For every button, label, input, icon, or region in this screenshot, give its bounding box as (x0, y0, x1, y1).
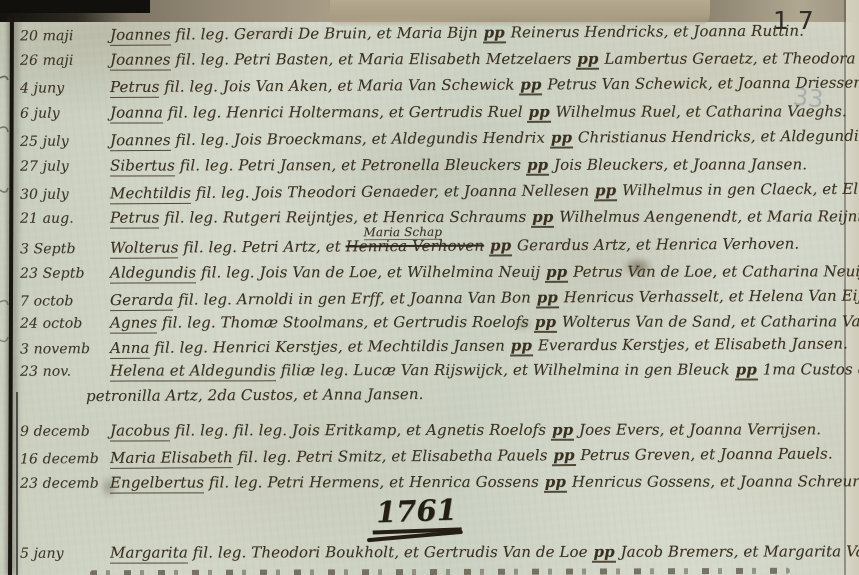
register-entry-row: 7 octobGerarda fil. leg. Arnoldi in gen … (12, 286, 859, 309)
entry-date: 5 jany (12, 546, 110, 562)
register-entry-row: 24 octobAgnes fil. leg. Thomæ Stoolmans,… (12, 312, 859, 332)
entry-sponsors: Jois Bleuckers, et Joanna Jansen. (554, 155, 807, 173)
pp-abbreviation: pp (594, 181, 617, 201)
entry-date: 23 nov. (12, 364, 110, 380)
entry-sponsors: Henricus Gossens, et Joanna Schreurs (572, 472, 859, 491)
child-name: Helena et Aldegundis (110, 361, 276, 381)
register-entry-row: 9 decembJacobus fil. leg. fil. leg. Jois… (12, 420, 821, 439)
child-name: Joanna (110, 103, 163, 123)
entry-parents: fil. leg. Petri Artz, et (183, 237, 340, 256)
year-heading: 1761 (371, 492, 461, 529)
register-entry-row-amended: 3 SeptbWolterus fil. leg. Petri Artz, et… (12, 235, 799, 258)
entry-sponsors: Gerardus Artz, et Henrica Verhoven. (517, 235, 799, 255)
child-name: Maria Elisabeth (110, 448, 233, 469)
paper-stain (210, 26, 330, 40)
ink-smudge (96, 470, 122, 504)
pp-abbreviation: pp (551, 421, 574, 441)
register-entry-row: 16 decembMaria Elisabeth fil. leg. Petri… (12, 444, 833, 467)
entry-sponsors: Everardus Kerstjes, et Elisabeth Jansen. (538, 334, 848, 354)
entry-date: 20 maji (12, 28, 110, 45)
pp-abbreviation: pp (544, 473, 567, 493)
child-name: Joannes (110, 25, 171, 45)
cut-off-bottom-line (90, 568, 790, 575)
entry-date: 7 octob (12, 293, 110, 310)
entry-parents: fil. leg. Petri Jansen, et Petronella Bl… (180, 156, 521, 175)
entry-parents: fil. leg. fil. leg. Jois Eritkamp, et Ag… (175, 421, 546, 440)
entry-parents: fil. leg. Henrici Kerstjes, et Mechtildi… (154, 337, 505, 357)
entry-date: 26 maji (12, 53, 110, 69)
entry-parents: fil. leg. Jois Theodori Genaeder, et Joa… (196, 181, 589, 201)
register-entry-row: 5 janyMargarita fil. leg. Theodori Boukh… (12, 542, 859, 562)
entry-sponsors: Wilhelmus Ruel, et Catharina Vaeghs. (556, 102, 847, 121)
entry-date: 23 Septb (12, 266, 110, 282)
entry-parents: fil. leg. Jois Broeckmans, et Aldegundis… (175, 129, 545, 149)
entry-parents: fil. leg. Rutgeri Reijntjes, et Henrica … (164, 208, 526, 227)
child-name: Petrus (110, 78, 160, 98)
ink-smudge (508, 316, 538, 334)
child-name: Aldegundis (110, 263, 196, 283)
register-page-scan: 17 33 20 majiJoannes fil. leg. Gerardi D… (0, 0, 859, 575)
register-entry-row: 23 decembEngelbertus fil. leg. Petri Her… (12, 472, 859, 491)
entry-parents: filiæ leg. Lucæ Van Rijswijck, et Wilhel… (281, 360, 730, 379)
entry-parents: fil. leg. Theodori Boukholt, et Gertrudi… (193, 543, 588, 562)
pp-abbreviation: pp (489, 236, 512, 256)
register-entry-row: 25 julyJoannes fil. leg. Jois Broeckmans… (12, 126, 859, 150)
entry-sponsors: 1ma Custos et (763, 360, 859, 378)
register-entry-row: 23 nov.Helena et Aldegundis filiæ leg. L… (12, 360, 859, 380)
page-edge-ink-marks (0, 40, 9, 560)
pp-abbreviation: pp (519, 75, 542, 95)
entry-parents: fil. leg. Arnoldi in gen Erff, et Joanna… (178, 288, 531, 308)
register-entry-row: 23 SeptbAldegundis fil. leg. Jois Van de… (12, 262, 859, 281)
register-entry-row: 6 julyJoanna fil. leg. Henrici Holterman… (12, 102, 847, 121)
child-name: Margarita (110, 543, 188, 563)
child-name: Sibertus (110, 156, 175, 176)
entry-sponsors: Wilhelmus Aengenendt, et Maria Reijntjes… (559, 207, 859, 226)
register-entry-row: 30 julyMechtildis fil. leg. Jois Theodor… (12, 179, 859, 203)
entry-sponsors: Reinerus Hendricks, et Joanna Ruttin. (511, 22, 804, 42)
entry-date: 30 july (12, 186, 110, 203)
pp-abbreviation: pp (527, 103, 550, 123)
entry-date: 21 aug. (12, 211, 110, 227)
child-name: Joannes (110, 131, 171, 151)
entry-sponsors: Henricus Verhasselt, et Helena Van Eijck… (564, 286, 859, 306)
child-name: Gerarda (110, 291, 174, 311)
pp-abbreviation: pp (536, 288, 559, 308)
entry-date: 24 octob (12, 316, 110, 332)
child-name: Joannes (110, 51, 171, 71)
child-name: Jacobus (110, 421, 170, 441)
pp-abbreviation: pp (552, 446, 575, 466)
entry-parents: fil. leg. Henrici Holtermans, et Gertrud… (168, 103, 523, 122)
register-entry-continuation: petronilla Artz, 2da Custos, et Anna Jan… (86, 385, 424, 405)
entry-parents: fil. leg. Petri Hermens, et Henrica Goss… (209, 473, 539, 492)
pp-abbreviation: pp (592, 543, 615, 563)
entry-parents: fil. leg. Jois Van de Loe, et Wilhelmina… (201, 263, 540, 282)
pp-abbreviation: pp (483, 23, 506, 43)
entry-date: 9 decemb (12, 424, 110, 440)
entry-date: 3 novemb (12, 341, 110, 358)
entry-sponsors: Lambertus Geraetz, et Theodora Dreijen (604, 49, 859, 68)
entry-date: 25 july (12, 133, 110, 150)
register-entry-row: 3 novembAnna fil. leg. Henrici Kerstjes,… (12, 334, 848, 357)
register-entry-row: 26 majiJoannes fil. leg. Petri Basten, e… (12, 49, 859, 69)
register-entry-row: 27 julySibertus fil. leg. Petri Jansen, … (12, 155, 807, 174)
entry-date: 3 Septb (12, 241, 110, 258)
inserted-correction-text: Maria Schap (363, 225, 442, 240)
entry-sponsors: Wilhelmus in gen Claeck, et Elisabetha P… (622, 179, 859, 199)
child-name: Wolterus (110, 238, 179, 258)
pp-abbreviation: pp (545, 263, 568, 283)
child-name: Engelbertus (110, 473, 204, 493)
register-entry-row: 20 majiJoannes fil. leg. Gerardi De Brui… (12, 22, 804, 45)
entry-parents: fil. leg. Petri Smitz, et Elisabetha Pau… (238, 446, 548, 466)
amended-mother-name: Maria SchapHenrica Verhoven (346, 237, 485, 256)
entry-sponsors: Wolterus Van de Sand, et Catharina Vaegh… (562, 312, 859, 331)
entry-sponsors: Petrus Greven, et Joanna Pauels. (580, 444, 832, 464)
entry-date: 4 juny (12, 80, 110, 97)
pp-abbreviation: pp (531, 208, 554, 228)
entry-date: 6 july (12, 106, 110, 122)
entry-parents: fil. leg. Thomæ Stoolmans, et Gertrudis … (162, 313, 529, 332)
child-name: Petrus (110, 209, 159, 229)
entry-sponsors: Christianus Hendricks, et Aldegundis Van… (578, 126, 859, 146)
entry-parents: fil. leg. Petri Basten, et Maria Elisabe… (175, 50, 571, 69)
entry-sponsors: Jacob Bremers, et Margarita Van de Loe (621, 542, 859, 561)
continuation-text: petronilla Artz, 2da Custos, et Anna Jan… (86, 385, 424, 405)
entry-sponsors: Joes Evers, et Joanna Verrijsen. (579, 420, 821, 438)
entry-date: 27 july (12, 159, 110, 175)
entry-parents: fil. leg. Jois Van Aken, et Maria Van Sc… (164, 76, 514, 96)
child-name: Anna (110, 339, 150, 359)
pp-abbreviation: pp (735, 360, 758, 380)
scan-top-dark-corner (0, 0, 150, 13)
child-name: Agnes (110, 314, 157, 334)
entry-date: 16 decemb (12, 451, 110, 468)
pp-abbreviation: pp (526, 156, 549, 176)
entry-sponsors: Petrus Van Schewick, et Joanna Driessen. (547, 73, 859, 93)
pp-abbreviation: pp (510, 336, 533, 356)
pp-abbreviation: pp (576, 50, 599, 70)
child-name: Mechtildis (110, 184, 191, 204)
ink-smudge (616, 252, 660, 282)
pp-abbreviation: pp (550, 128, 573, 148)
register-entry-row: 4 junyPetrus fil. leg. Jois Van Aken, et… (12, 73, 859, 96)
year-heading-text: 1761 (371, 492, 461, 534)
